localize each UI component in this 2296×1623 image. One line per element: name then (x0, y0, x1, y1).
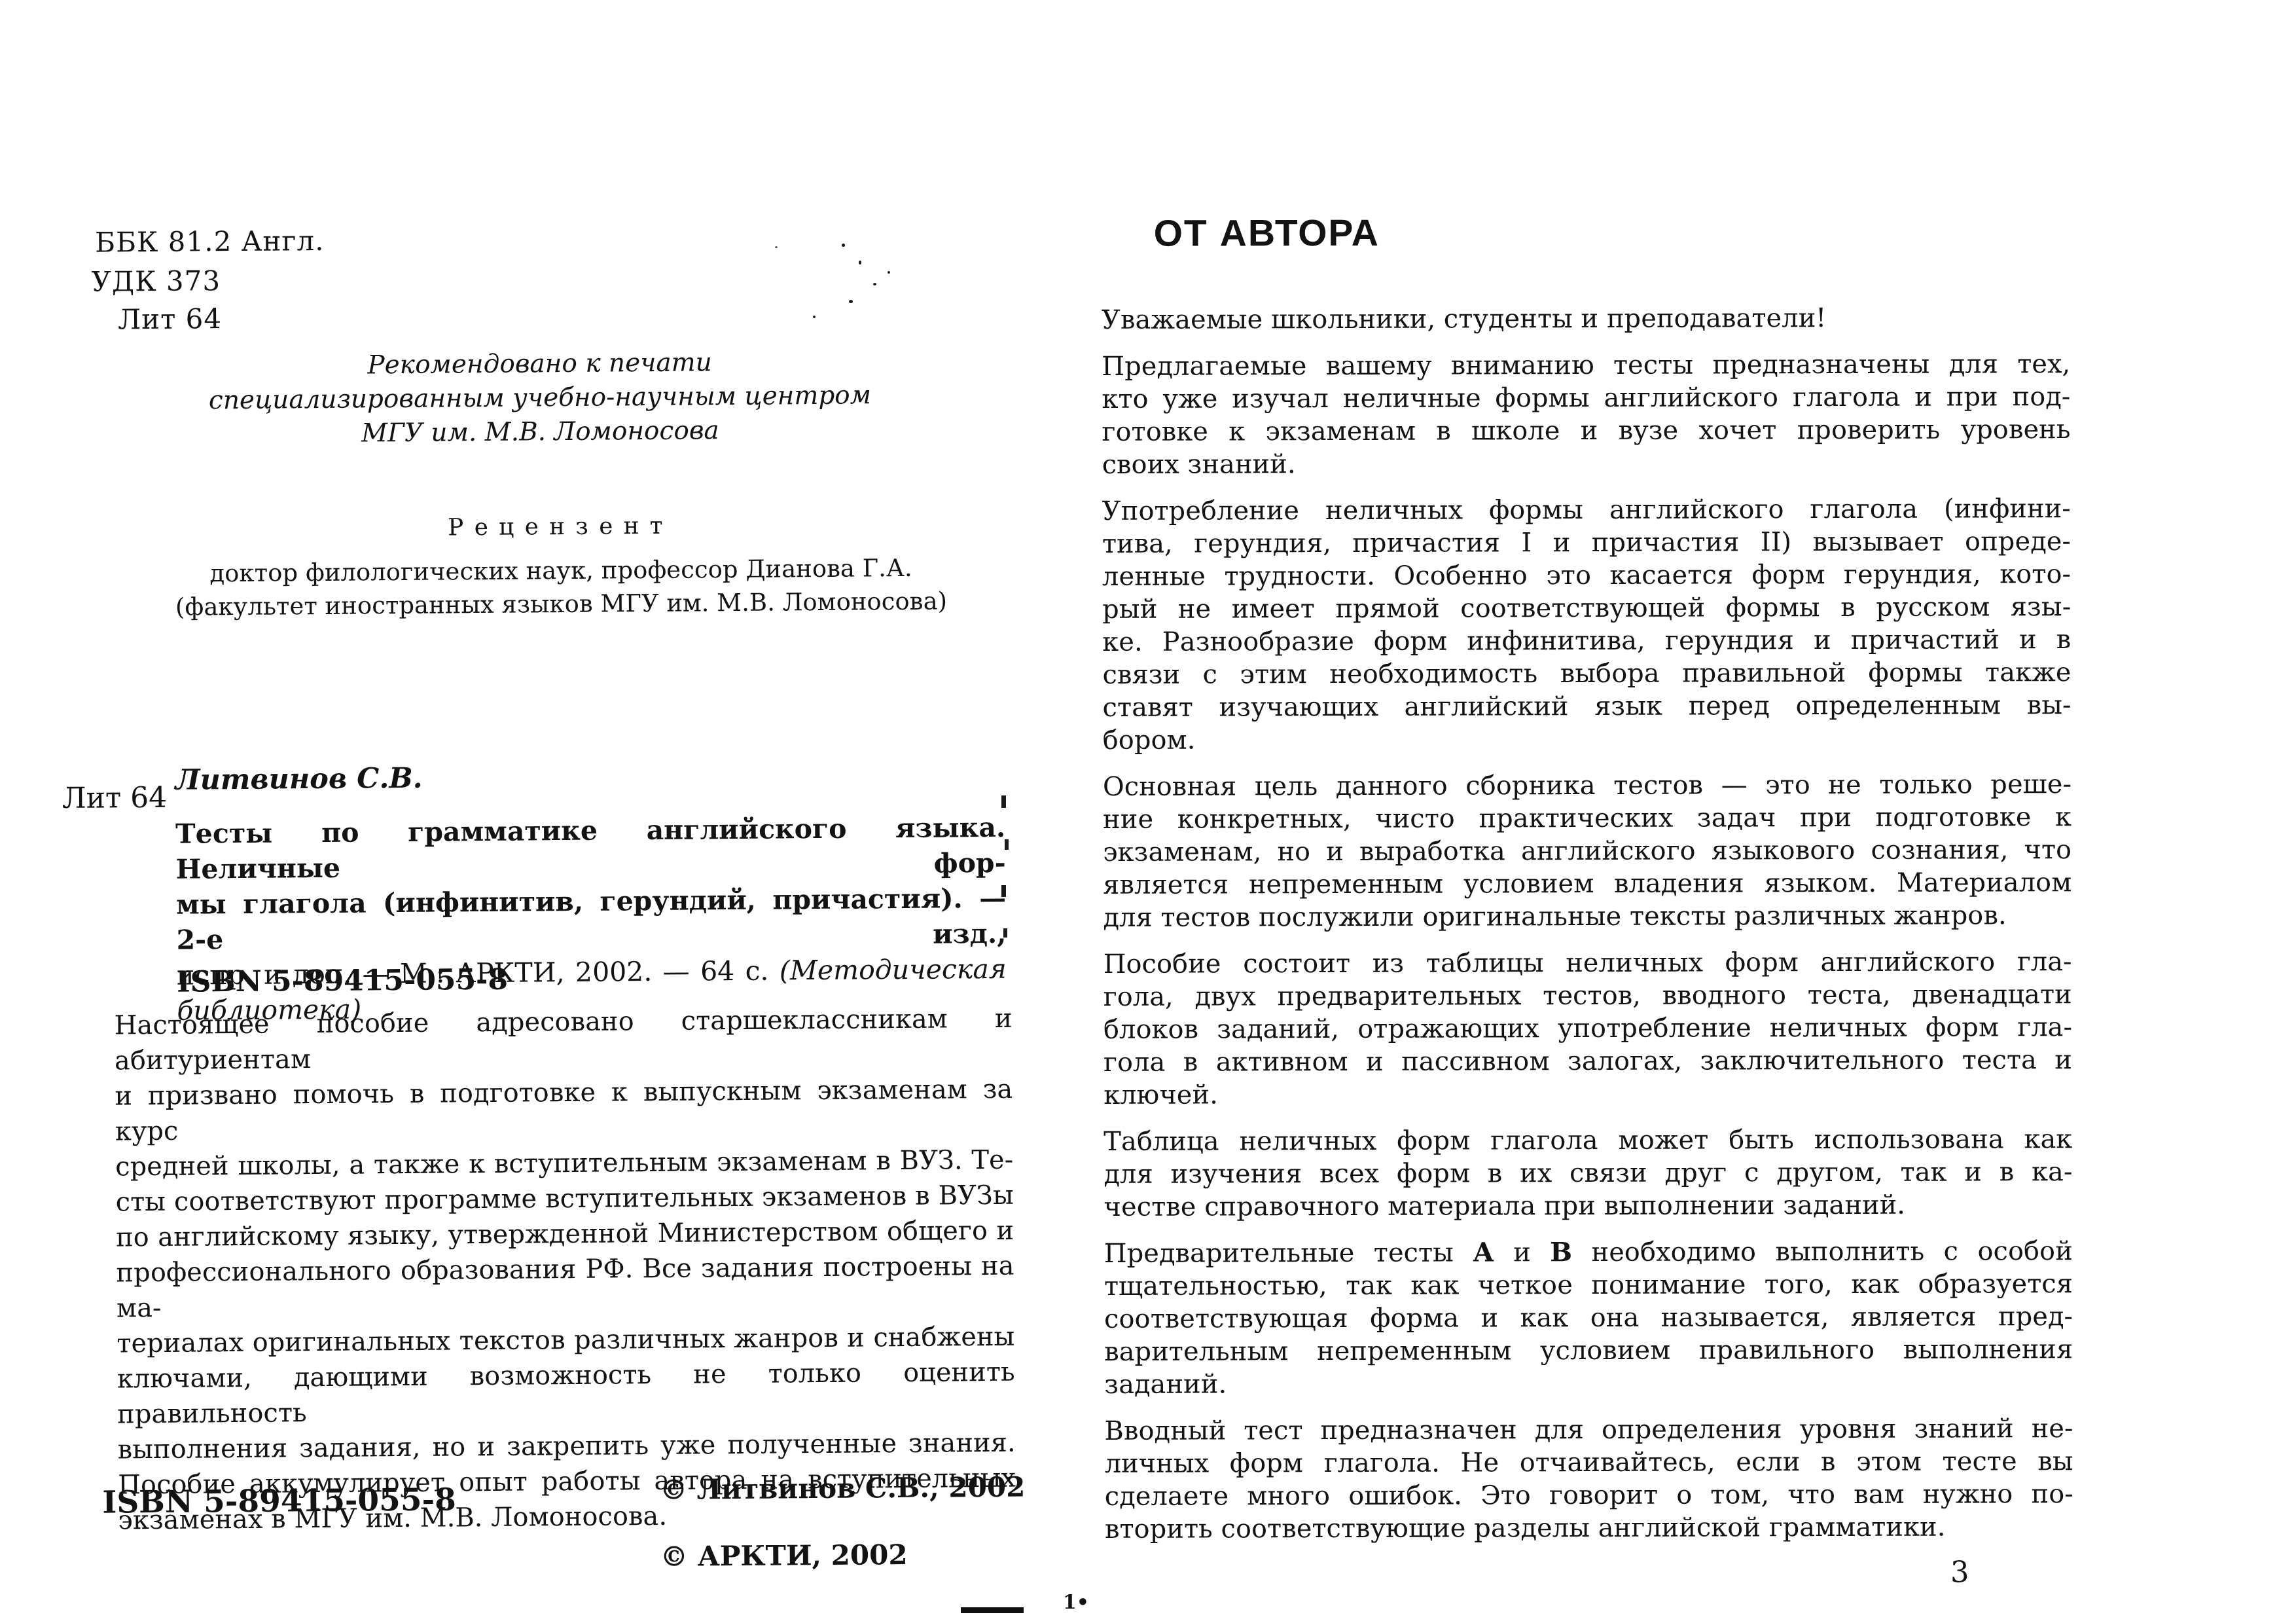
scan-artifact-mark: 1• (1063, 1591, 1089, 1614)
scan-streak (1001, 885, 1006, 897)
text-line: и призвано помочь в подготовке к выпускн… (115, 1072, 1013, 1150)
text-line: © АРКТИ, 2002 (660, 1538, 1026, 1573)
text-line: Тесты по грамматике английского языка. Н… (175, 810, 1006, 887)
text-line: специализированным учебно-научным центро… (173, 378, 906, 418)
text-line: МГУ им. М.В. Ломоносова (173, 412, 906, 452)
text-line: своих знаний. (1102, 446, 2071, 481)
text-line: тщательностью, так как четкое понимание … (1104, 1267, 2073, 1303)
text-line: Настоящее пособие адресовано старшекласс… (114, 1001, 1013, 1079)
text-line: мы глагола (инфинитив, герундий, причаст… (176, 881, 1007, 958)
text-line: Пособие состоит из таблицы неличных форм… (1103, 945, 2072, 981)
annotation-paragraph: Настоящее пособие адресовано старшекласс… (114, 1001, 1016, 1539)
text-line: готовке к экзаменам в школе и вузе хочет… (1102, 413, 2070, 448)
text-line: варительным непременным условием правиль… (1104, 1333, 2073, 1368)
paragraph: Предварительные тесты А и В необходимо в… (1104, 1235, 2073, 1401)
text-line: кто уже изучал неличные формы английског… (1102, 380, 2070, 416)
text-line: является непременным условием владения я… (1103, 866, 2072, 902)
margin-lit-code: Лит 64 (62, 781, 168, 815)
text-line: Уважаемые школьники, студенты и преподав… (1102, 301, 2070, 337)
scan-speck (775, 246, 778, 248)
text-line: Употребление неличных формы английского … (1102, 492, 2071, 528)
text-segment: Предварительные тесты (1104, 1237, 1473, 1268)
page-body-text: Уважаемые школьники, студенты и преподав… (1102, 301, 2073, 1559)
isbn-bottom: ISBN 5-89415-055-8 (102, 1482, 456, 1520)
text-segment: (Методическая (780, 953, 1007, 987)
text-segment: А (1473, 1237, 1494, 1267)
scan-artifact-line (961, 1607, 1024, 1613)
text-line: Предлагаемые вашему вниманию тесты предн… (1102, 348, 2070, 383)
page-title: ОТ АВТОРА (1154, 211, 1380, 255)
isbn-top: ISBN 5-89415-055-8 (177, 963, 508, 999)
text-line: Таблица неличных форм глагола может быть… (1103, 1123, 2072, 1158)
text-line: блоков заданий, отражающих употребление … (1103, 1011, 2072, 1046)
scan-speck (873, 283, 876, 285)
text-segment: и (1494, 1237, 1551, 1267)
text-line: © Литвинов С.В., 2002 (660, 1471, 1026, 1506)
text-line: связи с этим необходимость выбора правил… (1102, 656, 2071, 691)
paragraph: Основная цель данного сборника тестов — … (1103, 768, 2072, 934)
paragraph: Вводный тест предназначен для определени… (1104, 1412, 2073, 1546)
paragraph: Уважаемые школьники, студенты и преподав… (1102, 301, 2070, 337)
text-line: сделаете много ошибок. Это говорит о том… (1105, 1478, 2073, 1513)
text-line: Основная цель данного сборника тестов — … (1103, 768, 2072, 803)
scan-speck (859, 261, 861, 264)
paragraph: Употребление неличных формы английского … (1102, 492, 2072, 757)
from-author-page: ОТ АВТОРА Уважаемые школьники, студенты … (1101, 0, 2073, 1623)
text-line: бором. (1103, 721, 2072, 757)
text-line: ключами, дающими возможность не только о… (117, 1355, 1016, 1432)
text-segment: В (1550, 1237, 1572, 1267)
text-line: ставят изучающих английский язык перед о… (1103, 689, 2072, 724)
reviewer-block: доктор филологических наук, профессор Ди… (162, 551, 961, 624)
scan-speck (888, 271, 890, 274)
scan-speck (849, 300, 853, 303)
author-name: Литвинов С.В. (175, 762, 422, 797)
scan-streak (1005, 839, 1009, 850)
text-line: (факультет иностранных языков МГУ им. М.… (162, 584, 960, 624)
paragraph: Таблица неличных форм глагола может быть… (1103, 1123, 2072, 1224)
scan-speck (842, 244, 845, 247)
paragraph: Пособие состоит из таблицы неличных форм… (1103, 945, 2073, 1112)
paragraph: Предлагаемые вашему вниманию тесты предн… (1102, 348, 2071, 481)
text-line: Предварительные тесты А и В необходимо в… (1104, 1235, 2073, 1270)
scan-streak (1001, 795, 1006, 808)
scanned-book-spread: { "left_page": { "bbk": "ББК 81.2 Англ."… (0, 0, 2296, 1623)
recommendation-block: Рекомендовано к печатиспециализированным… (173, 344, 906, 452)
text-line: соответствующая форма и как она называет… (1104, 1300, 2073, 1336)
text-line: личных форм глагола. Не отчаивайтесь, ес… (1105, 1445, 2073, 1480)
text-line: ние конкретных, чисто практических задач… (1103, 801, 2072, 836)
text-line: честве справочного материала при выполне… (1104, 1188, 2073, 1224)
text-segment: мы глагола (инфинитив, герундий, причаст… (176, 883, 1007, 956)
scan-streak (1003, 928, 1007, 938)
text-line: вторить соответствующие разделы английск… (1105, 1510, 2073, 1546)
text-line: ке. Разнообразие форм инфинитива, герунд… (1102, 623, 2071, 659)
imprint-page: ББК 81.2 Англ. УДК 373 Лит 64 Рекомендов… (52, 0, 1086, 1623)
text-line: заданий. (1104, 1366, 2073, 1401)
text-line: гола в активном и пассивном залогах, зак… (1103, 1044, 2072, 1079)
text-line: экзаменам, но и выработка английского яз… (1103, 833, 2072, 869)
scan-speck (813, 316, 816, 318)
text-line: тива, герундия, причастия I и причастия … (1102, 525, 2071, 560)
text-line: рый не имеет прямой соответствующей форм… (1102, 591, 2071, 626)
reviewer-heading: Рецензент (161, 510, 960, 543)
text-line: для тестов послужили оригинальные тексты… (1103, 899, 2072, 934)
text-line: ключей. (1103, 1076, 2072, 1112)
copyright-block: © Литвинов С.В., 2002© АРКТИ, 2002 (660, 1471, 1026, 1573)
lit-code: Лит 64 (118, 302, 222, 335)
text-line: профессионального образования РФ. Все за… (116, 1249, 1014, 1326)
udk-code: УДК 373 (91, 264, 221, 298)
text-line: гола, двух предварительных тестов, вводн… (1103, 978, 2072, 1013)
text-segment: Тесты по грамматике английского языка. Н… (175, 812, 1006, 885)
text-segment: необходимо выполнить с особой (1572, 1236, 2073, 1267)
text-line: Вводный тест предназначен для определени… (1104, 1412, 2073, 1448)
page-number: 3 (1950, 1554, 1969, 1589)
bbk-code: ББК 81.2 Англ. (95, 225, 325, 259)
text-line: ленные трудности. Особенно это касается … (1102, 558, 2071, 593)
text-line: для изучения всех форм в их связи друг с… (1103, 1156, 2072, 1191)
text-line: Рекомендовано к печати (173, 344, 906, 384)
